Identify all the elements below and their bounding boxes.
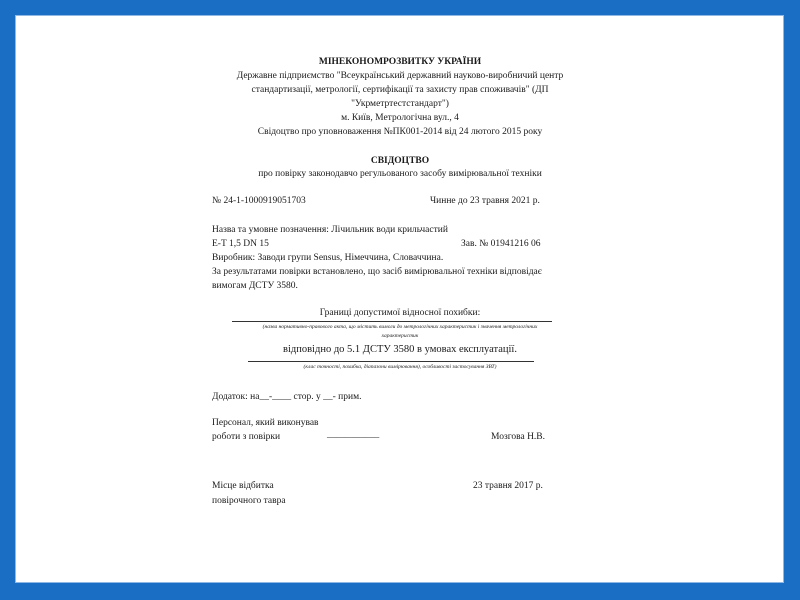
certificate-document: МІНЕКОНОМРОЗВИТКУ УКРАЇНИ Державне підпр… <box>0 0 800 600</box>
stamp-label-1: Місце відбитка <box>212 480 274 492</box>
ministry-name: МІНЕКОНОМРОЗВИТКУ УКРАЇНИ <box>0 56 800 68</box>
document-subtitle: про повірку законодавчо регульованого за… <box>0 168 800 180</box>
document-title: СВІДОЦТВО <box>0 155 800 167</box>
signature-line: ___________ <box>327 429 379 441</box>
limits-rule-1 <box>232 321 552 322</box>
personnel-name: Мозгова Н.В. <box>491 431 545 443</box>
limits-rule-2 <box>248 361 534 362</box>
org-line-1: Державне підприємство "Всеукраїнський де… <box>0 70 800 82</box>
device-name: Назва та умовне позначення: Лічильник во… <box>212 224 448 236</box>
org-line-3: "Укрметртестстандарт") <box>0 98 800 110</box>
result-line-2: вимогам ДСТУ 3580. <box>212 280 298 292</box>
appendix-line: Додаток: на__-____ стор. у __- прим. <box>212 391 361 403</box>
personnel-label-1: Персонал, який виконував <box>212 417 319 429</box>
org-address: м. Київ, Метрологічна вул., 4 <box>0 112 800 124</box>
org-line-2: стандартизації, метрології, сертифікації… <box>0 84 800 96</box>
stamp-label-2: повірочного тавра <box>212 495 286 507</box>
limits-note-2: (клас точності, похибка, діапазони вимір… <box>0 364 800 371</box>
limits-note-1: (назва нормативно-правового акта, що міс… <box>0 324 800 331</box>
result-line-1: За результатами повірки встановлено, що … <box>212 266 542 278</box>
manufacturer: Виробник: Заводи групи Sensus, Німеччина… <box>212 252 443 264</box>
device-serial: Зав. № 01941216 06 <box>461 238 541 250</box>
device-model: E-T 1,5 DN 15 <box>212 238 269 250</box>
authorization-line: Свідоцтво про уповноваження №ПК001-2014 … <box>0 126 800 138</box>
limits-note-1b: характеристик <box>0 333 800 340</box>
certificate-number: № 24-1-1000919051703 <box>212 195 306 207</box>
valid-until: Чинне до 23 травня 2021 р. <box>430 195 540 207</box>
issue-date: 23 травня 2017 р. <box>473 480 543 492</box>
personnel-label-2: роботи з повірки <box>212 431 280 443</box>
limits-value: відповідно до 5.1 ДСТУ 3580 в умовах екс… <box>0 344 800 356</box>
limits-heading: Границі допустимої відносної похибки: <box>0 307 800 319</box>
